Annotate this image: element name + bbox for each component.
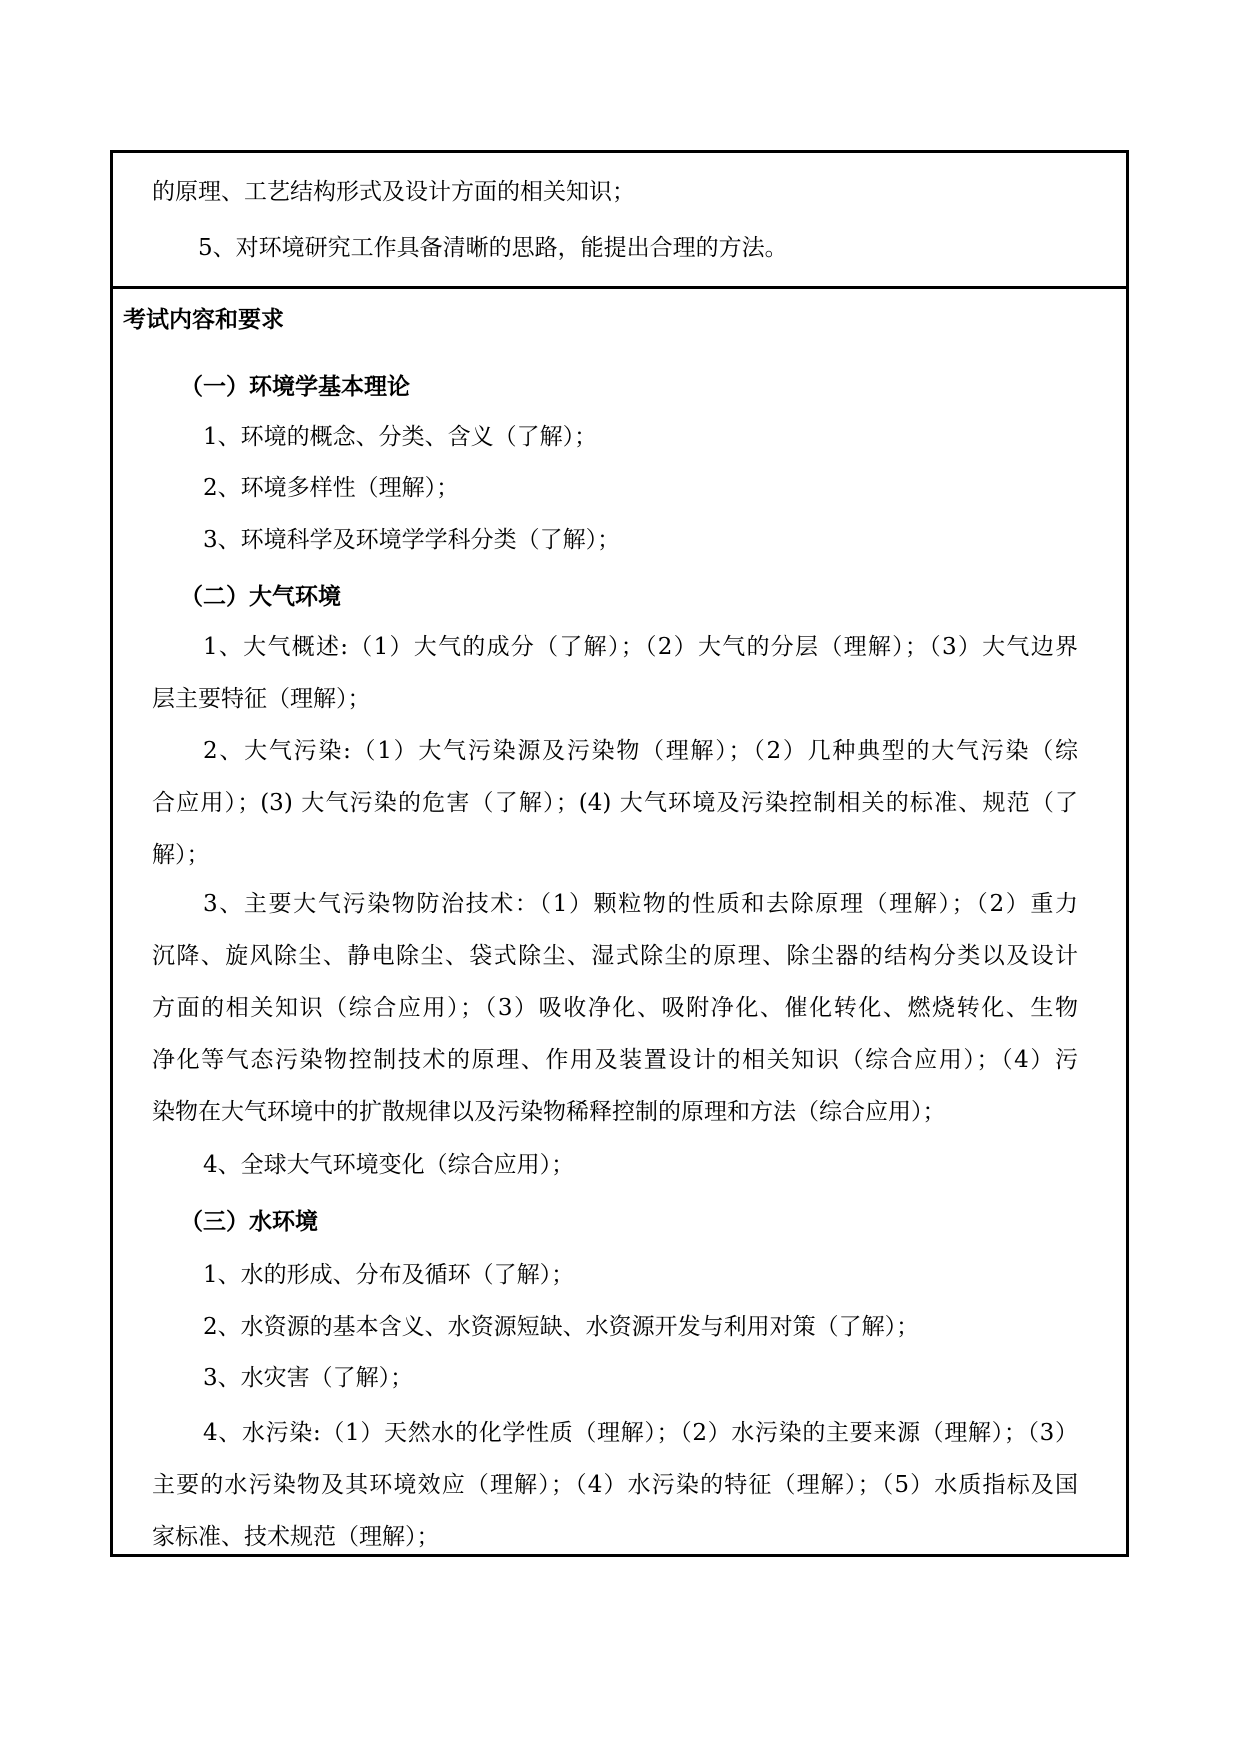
- list-item: 3、水灾害（了解）；: [203, 1363, 413, 1393]
- list-item: 2、水资源的基本含义、水资源短缺、水资源开发与利用对策（了解）；: [203, 1312, 919, 1342]
- list-item-continuation: 层主要特征（理解）；: [152, 684, 1078, 714]
- list-item-continuation: 沉降、旋风除尘、静电除尘、袋式除尘、湿式除尘的原理、除尘器的结构分类以及设计: [152, 941, 1078, 971]
- list-item: 1、环境的概念、分类、含义（了解）；: [203, 422, 597, 452]
- list-item: 4、全球大气环境变化（综合应用）；: [203, 1150, 574, 1180]
- table-cell-requirements-continued: [110, 150, 1129, 289]
- list-item-continuation: 主要的水污染物及其环境效应（理解）；（4）水污染的特征（理解）；（5）水质指标及…: [152, 1470, 1078, 1500]
- list-item: 3、环境科学及环境学学科分类（了解）；: [203, 525, 620, 555]
- paragraph-line: 的原理、工艺结构形式及设计方面的相关知识；: [152, 177, 1078, 207]
- list-item: 1、水的形成、分布及循环（了解）；: [203, 1260, 574, 1290]
- requirement-item-5: 5、对环境研究工作具备清晰的思路，能提出合理的方法。: [198, 233, 788, 263]
- list-item: 1、大气概述:（1）大气的成分（了解）；（2）大气的分层（理解）；（3）大气边界: [203, 632, 1078, 662]
- list-item: 3、主要大气污染物防治技术：（1）颗粒物的性质和去除原理（理解）；（2）重力: [203, 889, 1078, 919]
- section-heading-exam-content: 考试内容和要求: [123, 305, 284, 335]
- list-item-continuation: 家标准、技术规范（理解）；: [152, 1522, 1078, 1552]
- list-item: 2、大气污染:（1）大气污染源及污染物（理解）；（2）几种典型的大气污染（综: [203, 736, 1078, 766]
- list-item-continuation: 解）；: [152, 840, 1078, 870]
- list-item-continuation: 染物在大气环境中的扩散规律以及污染物稀释控制的原理和方法（综合应用）；: [152, 1097, 1078, 1127]
- section-title-water: （三）水环境: [180, 1207, 318, 1237]
- section-title-atmosphere: （二）大气环境: [180, 582, 341, 612]
- list-item: 2、环境多样性（理解）；: [203, 473, 459, 503]
- list-item: 4、水污染:（1）天然水的化学性质（理解）；（2）水污染的主要来源（理解）；（3…: [203, 1418, 1078, 1448]
- section-title-environmental-theory: （一）环境学基本理论: [180, 372, 410, 402]
- list-item-continuation: 方面的相关知识（综合应用）；（3）吸收净化、吸附净化、催化转化、燃烧转化、生物: [152, 993, 1078, 1023]
- list-item-continuation: 净化等气态污染物控制技术的原理、作用及装置设计的相关知识（综合应用）；（4）污: [152, 1045, 1078, 1075]
- list-item-continuation: 合应用）；(3) 大气污染的危害（了解）；(4) 大气环境及污染控制相关的标准、…: [152, 788, 1078, 818]
